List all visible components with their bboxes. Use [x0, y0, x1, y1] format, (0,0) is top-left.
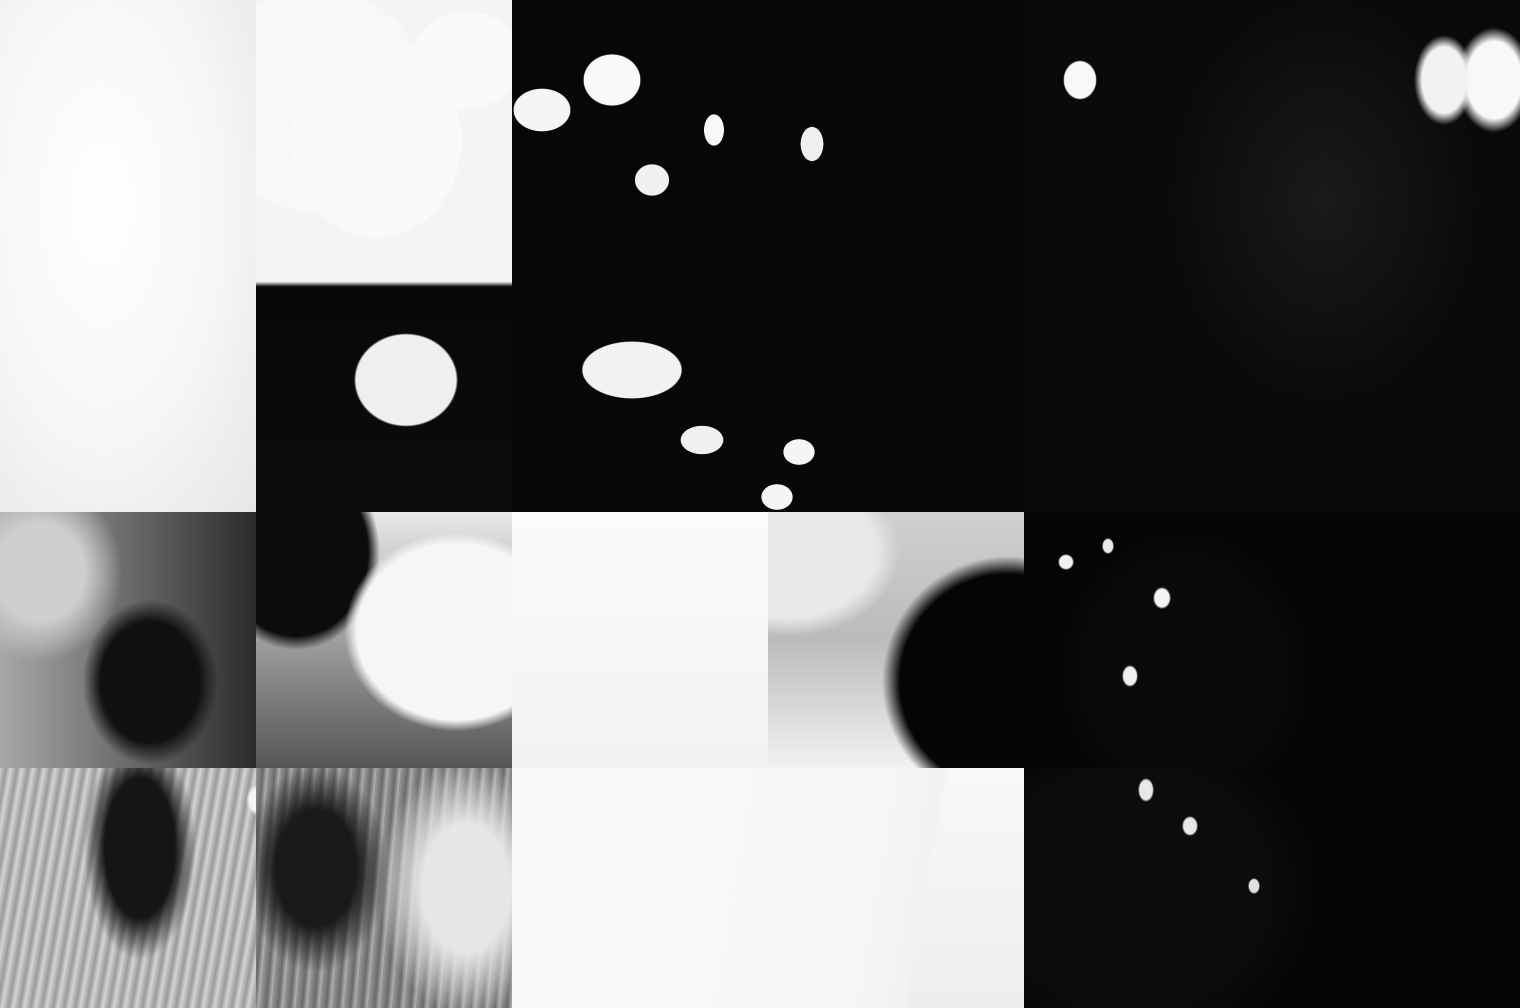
image-tile — [512, 512, 768, 768]
image-tile — [0, 0, 256, 512]
image-tile — [256, 0, 512, 512]
image-tile — [0, 512, 256, 768]
image-tile — [512, 0, 1024, 512]
image-mosaic — [0, 0, 1520, 1008]
image-tile — [256, 512, 512, 768]
image-tile — [512, 768, 1024, 1008]
image-tile — [0, 768, 256, 1008]
image-tile — [768, 512, 1024, 768]
image-tile — [1024, 512, 1520, 768]
image-tile — [1024, 0, 1520, 512]
image-tile — [1024, 768, 1520, 1008]
image-tile — [256, 768, 512, 1008]
